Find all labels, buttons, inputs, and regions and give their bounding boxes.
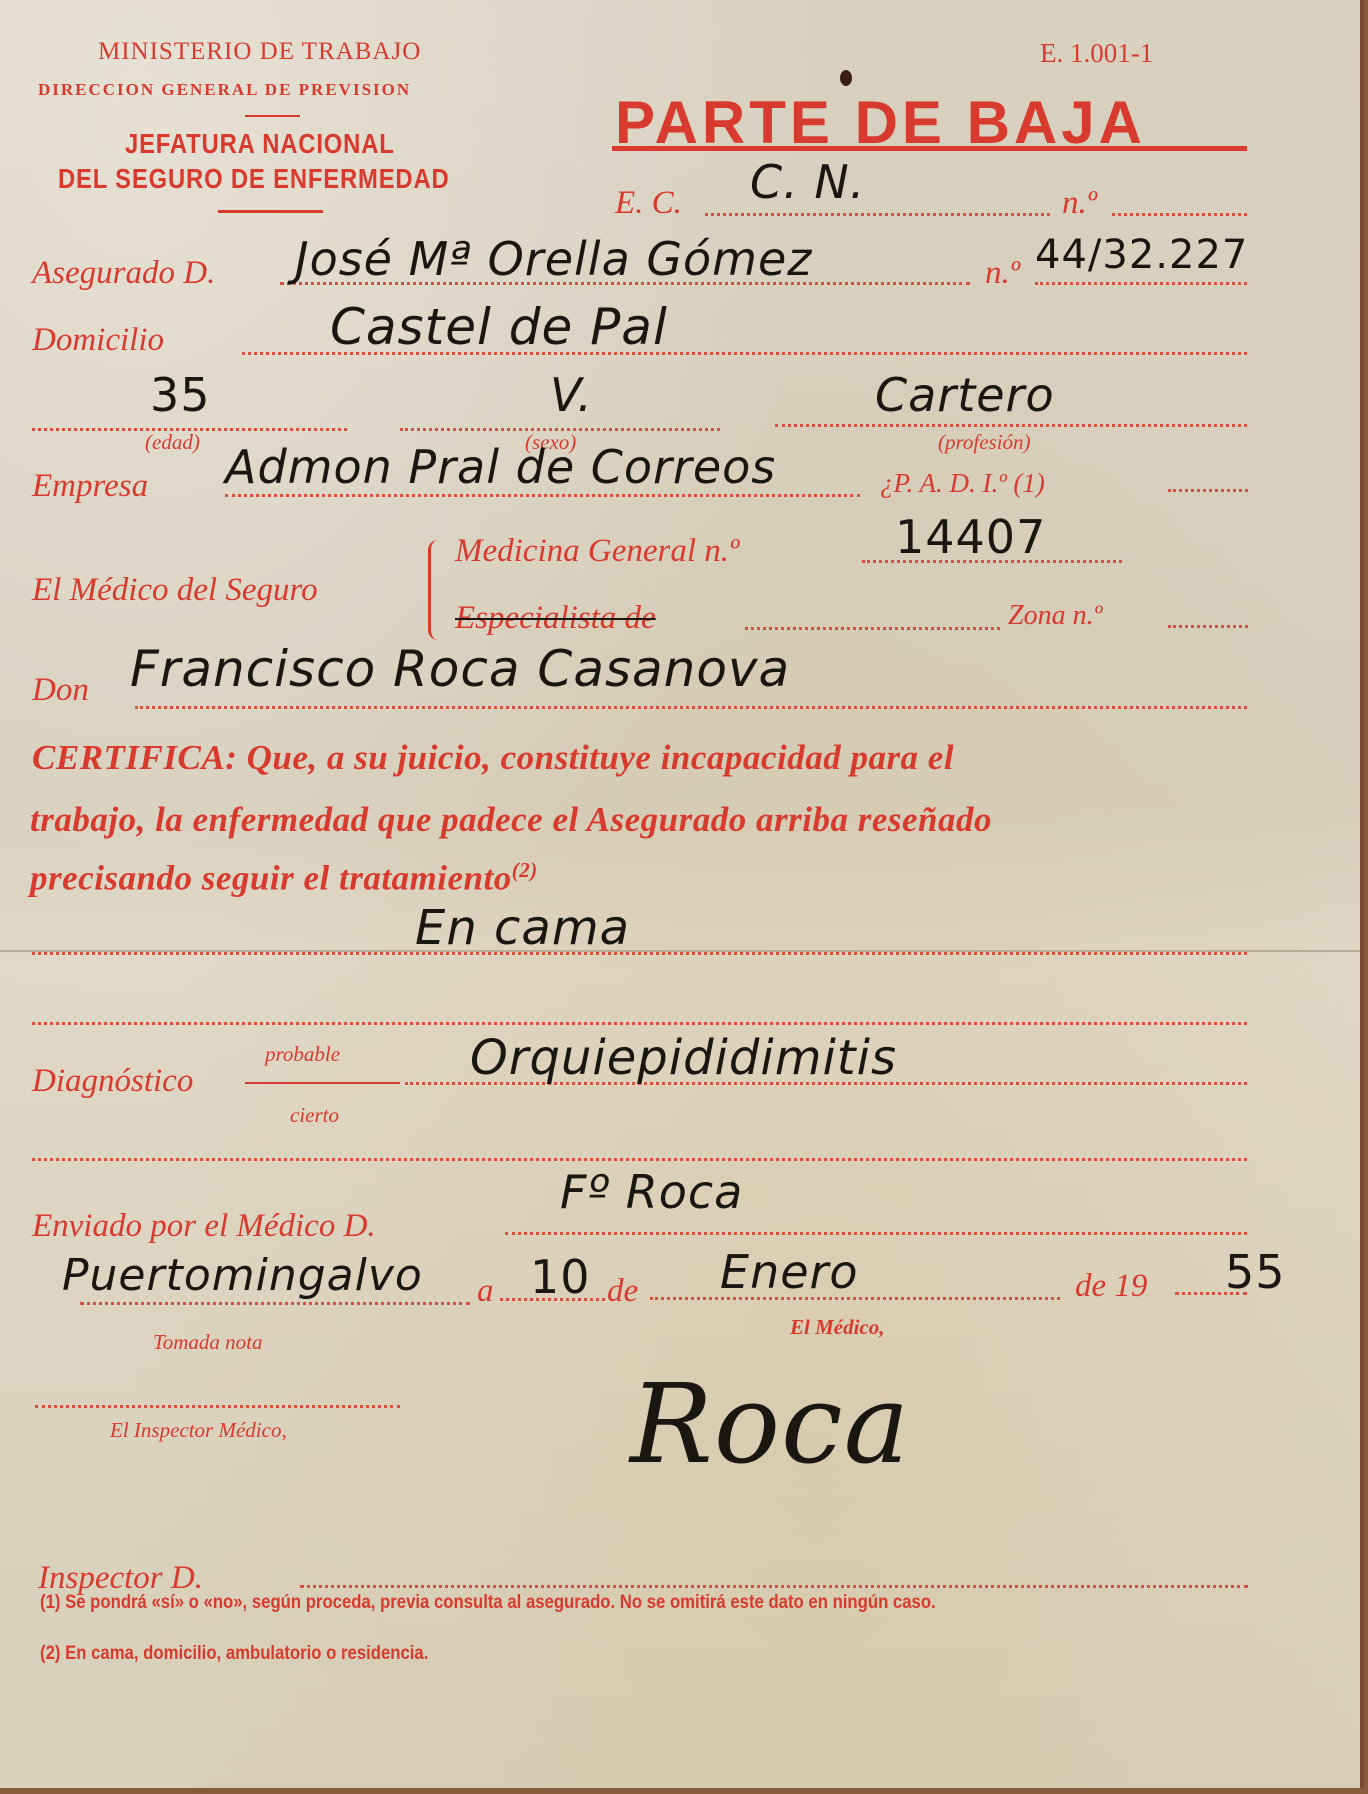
footnote-2: (2) En cama, domicilio, ambulatorio o re… [40,1643,428,1665]
fecha-place-line [80,1302,470,1305]
especialista-line[interactable] [745,627,1000,630]
certifica-line-2: trabajo, la enfermedad que padece el Ase… [30,800,992,840]
diagnostico-cierto-label: cierto [290,1103,339,1128]
el-medico-label: El Médico, [790,1315,885,1340]
office-heading-line1: JEFATURA NACIONAL [125,128,395,160]
direction-heading: DIRECCION GENERAL DE PREVISION [38,80,411,100]
don-line [135,706,1247,709]
fecha-year-suffix[interactable]: 55 [1225,1245,1286,1299]
ec-line [705,213,1050,216]
diagnostico-probable-label: probable [265,1042,340,1067]
padi-line[interactable] [1168,489,1248,492]
ink-stain [840,70,852,86]
asegurado-number-value[interactable]: 44/32.227 [1035,232,1248,278]
zona-line[interactable] [1168,625,1248,628]
fecha-a-label: a [477,1273,494,1310]
enviado-value[interactable]: Fº Roca [560,1165,743,1219]
treatment-line [32,952,1247,955]
zona-label: Zona n.º [1008,600,1102,632]
certifica-line-3-text: precisando seguir el tratamiento [30,859,512,898]
asegurado-number-label: n.º [985,255,1020,292]
medicina-general-label: Medicina General n.º [455,533,739,570]
blank-line[interactable] [32,1022,1247,1025]
asegurado-number-line [1035,282,1247,285]
header-divider [245,115,300,117]
tomada-nota-label: Tomada nota [153,1330,263,1355]
empresa-line [225,494,860,497]
diagnostico-label: Diagnóstico [32,1063,193,1100]
medicina-general-value[interactable]: 14407 [895,510,1046,564]
enviado-line [505,1232,1247,1235]
certifica-line-1: CERTIFICA: Que, a su juicio, constituye … [32,738,954,778]
ec-number-label: n.º [1062,185,1097,222]
footnote-1: (1) Se pondrá «sí» o «no», según proceda… [40,1592,936,1614]
ec-value[interactable]: C. N. [750,155,865,209]
empresa-label: Empresa [32,468,148,505]
brace [428,540,441,640]
note-ref-2: (2) [512,858,538,882]
inspector-line[interactable] [300,1585,1248,1588]
empresa-value[interactable]: Admon Pral de Correos [225,440,776,494]
diagnostico-divider [245,1082,400,1084]
domicilio-label: Domicilio [32,322,164,359]
certifica-line-3: precisando seguir el tratamiento(2) [30,858,538,899]
form-code: E. 1.001-1 [1040,38,1153,69]
enviado-label: Enviado por el Médico D. [32,1208,376,1245]
ec-number-line[interactable] [1112,213,1247,216]
edad-value[interactable]: 35 [150,368,211,422]
asegurado-value[interactable]: José Mª Orella Gómez [295,232,812,286]
inspector-medico-line[interactable] [35,1405,400,1408]
diagnostico-line-2[interactable] [32,1158,1247,1161]
ministry-heading: MINISTERIO DE TRABAJO [98,38,421,66]
especialista-label: Especialista de [455,600,656,637]
fecha-month[interactable]: Enero [720,1245,859,1299]
title-underline [612,146,1247,151]
fecha-year-prefix: de 19 [1075,1268,1147,1305]
inspector-medico-label: El Inspector Médico, [110,1418,287,1443]
medico-seguro-label: El Médico del Seguro [32,572,318,609]
office-heading-line2: DEL SEGURO DE ENFERMEDAD [58,163,450,195]
padi-label: ¿P. A. D. I.º (1) [880,468,1045,499]
profesion-label: (profesión) [938,430,1031,455]
profesion-line [775,424,1247,427]
fecha-de-label: de [607,1273,638,1310]
doctor-signature: Roca [630,1360,910,1488]
domicilio-value[interactable]: Castel de Pal [330,298,668,356]
sexo-value[interactable]: V. [550,368,593,422]
fecha-place[interactable]: Puertomingalvo [62,1250,423,1301]
don-value[interactable]: Francisco Roca Casanova [130,640,790,698]
edad-label: (edad) [145,430,200,455]
treatment-value[interactable]: En cama [415,900,630,956]
profesion-value[interactable]: Cartero [875,368,1055,422]
don-label: Don [32,672,89,709]
ec-label: E. C. [615,185,682,222]
form-document: MINISTERIO DE TRABAJO DIRECCION GENERAL … [0,0,1364,1788]
fecha-day[interactable]: 10 [530,1250,591,1304]
header-divider-2 [218,210,323,213]
diagnostico-value[interactable]: Orquiepididimitis [470,1030,897,1086]
asegurado-label: Asegurado D. [32,255,215,292]
fecha-day-line [500,1298,605,1301]
